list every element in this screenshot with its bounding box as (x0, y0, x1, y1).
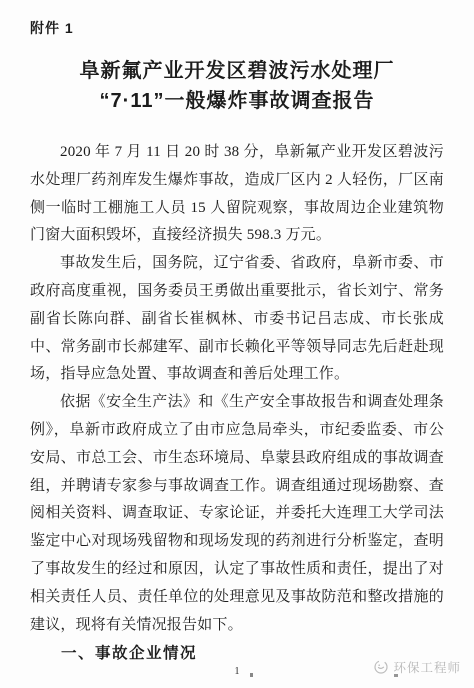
paragraph-investigation-basis: 依据《安全生产法》和《生产安全事故报告和调查处理条例》，阜新市政府成立了由市应急… (30, 389, 444, 639)
scan-artifact (250, 673, 253, 677)
watermark-logo-icon (374, 660, 388, 674)
title-line-1: 阜新氟产业开发区碧波污水处理厂 (0, 56, 474, 86)
document-body: 2020 年 7 月 11 日 20 时 38 分，阜新氟产业开发区碧波污水处理… (30, 139, 444, 668)
document-page: 附件 1 阜新氟产业开发区碧波污水处理厂 “7·11”一般爆炸事故调查报告 20… (0, 0, 474, 688)
watermark-text: 环保工程师 (393, 658, 461, 676)
paragraph-incident-summary: 2020 年 7 月 11 日 20 时 38 分，阜新氟产业开发区碧波污水处理… (30, 139, 444, 250)
scan-artifact (394, 674, 398, 677)
document-title: 阜新氟产业开发区碧波污水处理厂 “7·11”一般爆炸事故调查报告 (0, 56, 474, 116)
attachment-label: 附件 1 (30, 18, 74, 38)
title-line-2: “7·11”一般爆炸事故调查报告 (0, 86, 474, 116)
paragraph-government-response: 事故发生后，国务院，辽宁省委、省政府，阜新市委、市政府高度重视，国务委员王勇做出… (30, 250, 444, 389)
watermark: 环保工程师 (374, 658, 461, 676)
